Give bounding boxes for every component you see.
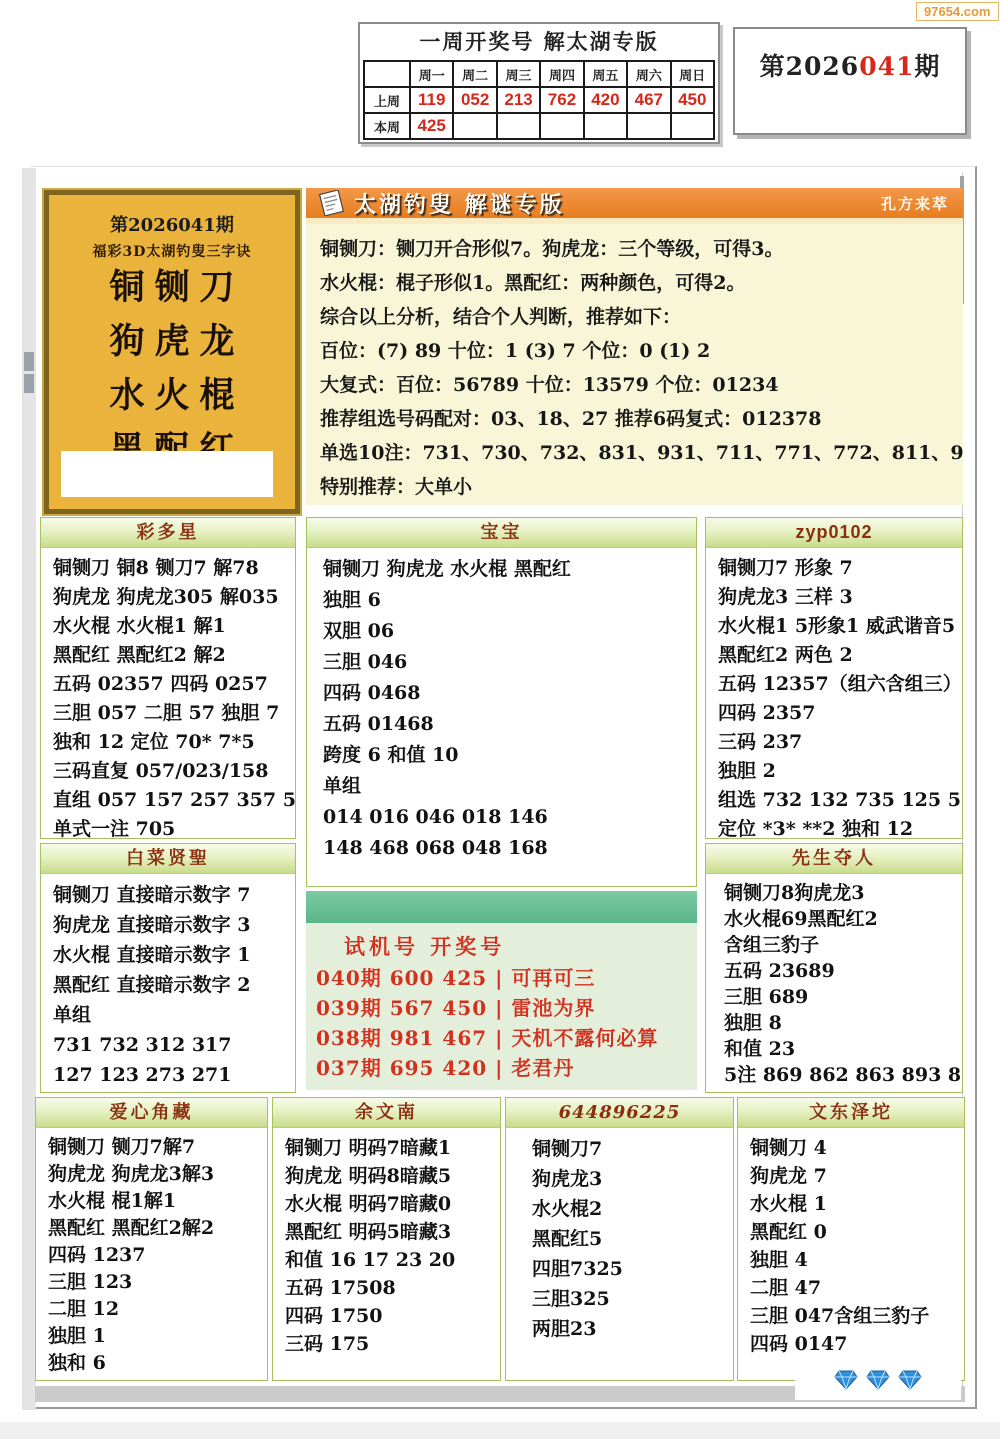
draw-value: [627, 113, 670, 139]
day-header: 周四: [540, 61, 583, 87]
text-line: 推荐组选号码配对：03、18、27 推荐6码复式：012378: [320, 402, 963, 436]
text-line: 狗虎龙 狗虎龙305 解035: [53, 583, 295, 612]
text-line: 040期 600 425 | 可再可三: [316, 963, 697, 993]
text-line: 三码 237: [718, 728, 962, 757]
panel-lines: 铜铡刀 铜8 铡刀7 解78狗虎龙 狗虎龙305 解035水火棍 水火棍1 解1…: [41, 548, 295, 839]
text-line: 五码 23689: [724, 958, 962, 984]
gold-riddle-card: 第2026041期 福彩3D太湖钓叟三字诀 铜铡刀狗虎龙水火棍黑配红: [44, 190, 300, 514]
draw-value: 052: [453, 87, 496, 113]
text-line: 独胆 1: [48, 1323, 267, 1350]
page: 97654.com 一周开奖号 解太湖专版 周一 周二 周三 周四 周五 周六 …: [0, 0, 1000, 1439]
diamond-badge-box: [795, 1364, 961, 1400]
text-line: 单组: [53, 1000, 295, 1030]
panel-title: 白菜贤聖: [41, 844, 295, 874]
this-week-row: 本周 425: [364, 113, 714, 139]
weekly-header-row: 周一 周二 周三 周四 周五 周六 周日: [364, 61, 714, 87]
draw-value: [497, 113, 540, 139]
issue-prefix: 第2026: [760, 52, 860, 81]
text-line: 跨度 6 和值 10: [323, 740, 696, 771]
diamond-icon: [834, 1370, 858, 1394]
day-header: 周五: [584, 61, 627, 87]
text-line: 大复式：百位：56789 十位：13579 个位：01234: [320, 368, 963, 402]
text-line: 独胆 2: [718, 757, 962, 786]
text-line: 五码 12357（组六含组三）: [718, 670, 962, 699]
strip-mark: [24, 352, 34, 371]
text-line: 五码 02357 四码 0257: [53, 670, 295, 699]
draw-value: [453, 113, 496, 139]
panel-lines: 铜铡刀8狗虎龙3水火棍69黑配红2含组三豹子五码 23689三胆 689独胆 8…: [706, 874, 962, 1088]
card-lines: 铜铡刀狗虎龙水火棍黑配红: [49, 261, 295, 477]
analysis-text: 铜铡刀：铡刀开合形似7。狗虎龙：三个等级，可得3。水火棍：棍子形似1。黑配红：两…: [306, 224, 963, 505]
text-line: 四码 2357: [718, 699, 962, 728]
text-line: 5注 869 862 863 893 892: [724, 1062, 962, 1088]
main-panel-title: 太湖钓叟 解谜专版: [354, 188, 565, 219]
text-line: 三胆 046: [323, 647, 696, 678]
text-line: 独胆 6: [323, 585, 696, 616]
text-line: 038期 981 467 | 天机不露何必算: [316, 1023, 697, 1053]
text-line: 水火棍: [49, 369, 295, 423]
text-line: 五码 17508: [285, 1274, 500, 1302]
text-line: 037期 695 420 | 老君丹: [316, 1053, 697, 1083]
panel-lines: 铜铡刀 4狗虎龙 7水火棍 1黑配红 0独胆 4二胆 47三胆 047含组三豹子…: [738, 1128, 964, 1358]
issue-box: 第2026041期: [733, 27, 967, 135]
page-bottom-strip: [0, 1422, 1000, 1439]
panel-lines: 铜铡刀 铡刀7解7狗虎龙 狗虎龙3解3水火棍 棍1解1黑配红 黑配红2解2四码 …: [36, 1128, 267, 1377]
panel-wendong: 文东泽坨 铜铡刀 4狗虎龙 7水火棍 1黑配红 0独胆 4二胆 47三胆 047…: [737, 1097, 965, 1381]
draw-value: [540, 113, 583, 139]
text-line: 百位：(7) 89 十位：1 (3) 7 个位：0 (1) 2: [320, 334, 963, 368]
panel-yuwennan: 余文南 铜铡刀 明码7暗藏1狗虎龙 明码8暗藏5水火棍 明码7暗藏0黑配红 明码…: [272, 1097, 501, 1381]
text-line: 水火棍2: [532, 1194, 733, 1224]
text-line: 铜铡刀8狗虎龙3: [724, 880, 962, 906]
text-line: 独胆 4: [750, 1246, 964, 1274]
panel-title: zyp0102: [706, 518, 962, 548]
text-line: 铜铡刀 狗虎龙 水火棍 黑配红: [323, 554, 696, 585]
text-line: 铜铡刀 4: [750, 1134, 964, 1162]
text-line: 三胆 689: [724, 984, 962, 1010]
text-line: 和值 23: [724, 1036, 962, 1062]
text-line: 铜铡刀：铡刀开合形似7。狗虎龙：三个等级，可得3。: [320, 232, 963, 266]
diamond-icon: [898, 1370, 922, 1394]
text-line: 直组 057 157 257 357 578: [53, 786, 295, 815]
day-header: 周三: [497, 61, 540, 87]
issue-highlight: 041: [859, 52, 914, 81]
text-line: 铜铡刀 铜8 铡刀7 解78: [53, 554, 295, 583]
draw-value: 425: [410, 113, 453, 139]
text-line: 148 468 068 048 168: [323, 833, 696, 864]
text-line: 水火棍 直接暗示数字 1: [53, 940, 295, 970]
text-line: 黑配红5: [532, 1224, 733, 1254]
text-line: 三胆 123: [48, 1269, 267, 1296]
strip-mark: [24, 374, 34, 393]
green-header-bar: [306, 891, 697, 923]
panel-title: 文东泽坨: [738, 1098, 964, 1128]
text-line: 黑配红 黑配红2 解2: [53, 641, 295, 670]
weekly-title: 一周开奖号 解太湖专版: [360, 24, 718, 60]
panel-lines: 铜铡刀7狗虎龙3水火棍2黑配红5四胆7325三胆325两胆23: [506, 1128, 733, 1344]
draw-value: 762: [540, 87, 583, 113]
text-line: 单选10注：731、730、732、831、931、711、771、772、81…: [320, 436, 963, 470]
text-line: 水火棍 明码7暗藏0: [285, 1190, 500, 1218]
day-header: 周日: [671, 61, 714, 87]
corner-cell: [364, 61, 410, 87]
weekly-draws-box: 一周开奖号 解太湖专版 周一 周二 周三 周四 周五 周六 周日 上周 119 …: [358, 22, 720, 144]
panel-title: 宝宝: [307, 518, 696, 548]
text-line: 014 016 046 018 146: [323, 802, 696, 833]
text-line: 四胆7325: [532, 1254, 733, 1284]
main-panel-header: 太湖钓叟 解谜专版 孔方来萃: [306, 188, 963, 224]
text-line: 三胆325: [532, 1284, 733, 1314]
text-line: 127 123 273 271: [53, 1060, 295, 1090]
text-line: 狗虎龙 7: [750, 1162, 964, 1190]
text-line: 双胆 06: [323, 616, 696, 647]
row-label: 上周: [364, 87, 410, 113]
panel-lines: 铜铡刀 狗虎龙 水火棍 黑配红独胆 6双胆 06三胆 046四码 0468五码 …: [307, 548, 696, 864]
draw-value: 467: [627, 87, 670, 113]
text-line: 黑配红2 两色 2: [718, 641, 962, 670]
text-line: 和值 16 17 23 20: [285, 1246, 500, 1274]
text-line: 铜铡刀: [49, 261, 295, 315]
text-line: 两胆23: [532, 1314, 733, 1344]
text-line: 独和 12 定位 70* 7*5: [53, 728, 295, 757]
panel-lines: 铜铡刀7 形象 7狗虎龙3 三样 3水火棍1 5形象1 威武谐音5黑配红2 两色…: [706, 548, 962, 839]
text-line: 四码 0147: [750, 1330, 964, 1358]
panel-caiduoxing: 彩多星 铜铡刀 铜8 铡刀7 解78狗虎龙 狗虎龙305 解035水火棍 水火棍…: [40, 517, 296, 839]
row-label: 本周: [364, 113, 410, 139]
text-line: 独胆 8: [724, 1010, 962, 1036]
day-header: 周一: [410, 61, 453, 87]
text-line: 五码 01468: [323, 709, 696, 740]
shiji-header: 试机号 开奖号: [306, 923, 697, 961]
text-line: 三码直复 057/023/158: [53, 757, 295, 786]
text-line: 731 732 312 317: [53, 1030, 295, 1060]
text-line: 单组: [323, 771, 696, 802]
draw-value: 450: [671, 87, 714, 113]
text-line: 铜铡刀7: [532, 1134, 733, 1164]
day-header: 周六: [627, 61, 670, 87]
weekly-table: 周一 周二 周三 周四 周五 周六 周日 上周 119 052 213 762 …: [363, 60, 715, 140]
text-line: 黑配红 直接暗示数字 2: [53, 970, 295, 1000]
draw-value: 420: [584, 87, 627, 113]
text-line: 狗虎龙 明码8暗藏5: [285, 1162, 500, 1190]
draw-value: 213: [497, 87, 540, 113]
text-line: 水火棍 水火棍1 解1: [53, 612, 295, 641]
panel-title: 爱心角藏: [36, 1098, 267, 1128]
text-line: 铜铡刀 明码7暗藏1: [285, 1134, 500, 1162]
text-line: 黑配红 0: [750, 1218, 964, 1246]
card-issue: 第2026041期: [49, 211, 295, 237]
text-line: 黑配红 黑配红2解2: [48, 1215, 267, 1242]
text-line: 狗虎龙3: [532, 1164, 733, 1194]
panel-zyp0102: zyp0102 铜铡刀7 形象 7狗虎龙3 三样 3水火棍1 5形象1 威武谐音…: [705, 517, 963, 839]
panel-lines: 铜铡刀 直接暗示数字 7狗虎龙 直接暗示数字 3水火棍 直接暗示数字 1黑配红 …: [41, 874, 295, 1090]
panel-title: 644896225: [506, 1098, 733, 1128]
text-line: 独和 6: [48, 1350, 267, 1377]
text-line: 狗虎龙 狗虎龙3解3: [48, 1161, 267, 1188]
issue-number: 第2026041期: [735, 47, 965, 83]
text-line: 单式一注 705: [53, 815, 295, 839]
text-line: 四码 1237: [48, 1242, 267, 1269]
site-link[interactable]: 97654.com: [916, 2, 999, 21]
text-line: 水火棍69黑配红2: [724, 906, 962, 932]
text-line: 水火棍 1: [750, 1190, 964, 1218]
text-line: 综合以上分析，结合个人判断，推荐如下：: [320, 300, 963, 334]
text-line: 水火棍：棍子形似1。黑配红：两种颜色，可得2。: [320, 266, 963, 300]
panel-xiansheng: 先生夺人 铜铡刀8狗虎龙3水火棍69黑配红2含组三豹子五码 23689三胆 68…: [705, 843, 963, 1093]
panel-title: 彩多星: [41, 518, 295, 548]
panel-qq644896225: 644896225 铜铡刀7狗虎龙3水火棍2黑配红5四胆7325三胆325两胆2…: [505, 1097, 734, 1381]
text-line: 039期 567 450 | 雷池为界: [316, 993, 697, 1023]
text-line: 三码 175: [285, 1330, 500, 1358]
text-line: 三胆 057 二胆 57 独胆 7: [53, 699, 295, 728]
main-panel-corner-label: 孔方来萃: [881, 193, 949, 214]
issue-suffix: 期: [914, 52, 940, 81]
draw-value: [584, 113, 627, 139]
text-line: 定位 *3* **2 独和 12: [718, 815, 962, 839]
text-line: 四码 1750: [285, 1302, 500, 1330]
text-line: 四码 0468: [323, 678, 696, 709]
scroll-icon: [316, 190, 346, 216]
text-line: 特别推荐：大单小: [320, 470, 963, 504]
panel-title: 先生夺人: [706, 844, 962, 874]
draw-value: 119: [410, 87, 453, 113]
panel-lines: 铜铡刀 明码7暗藏1狗虎龙 明码8暗藏5水火棍 明码7暗藏0黑配红 明码5暗藏3…: [273, 1128, 500, 1358]
last-week-row: 上周 119 052 213 762 420 467 450: [364, 87, 714, 113]
text-line: 狗虎龙3 三样 3: [718, 583, 962, 612]
diamond-icon: [866, 1370, 890, 1394]
text-line: 铜铡刀 铡刀7解7: [48, 1134, 267, 1161]
card-subtitle: 福彩3D太湖钓叟三字诀: [49, 241, 295, 261]
text-line: 含组三豹子: [724, 932, 962, 958]
text-line: 铜铡刀 直接暗示数字 7: [53, 880, 295, 910]
shiji-lines: 040期 600 425 | 可再可三039期 567 450 | 雷池为界03…: [306, 961, 697, 1083]
panel-shiji: 试机号 开奖号 040期 600 425 | 可再可三039期 567 450 …: [306, 891, 697, 1090]
text-line: 二胆 12: [48, 1296, 267, 1323]
text-line: 黑配红 明码5暗藏3: [285, 1218, 500, 1246]
panel-baobao: 宝宝 铜铡刀 狗虎龙 水火棍 黑配红独胆 6双胆 06三胆 046四码 0468…: [306, 517, 697, 887]
text-line: 水火棍1 5形象1 威武谐音5: [718, 612, 962, 641]
text-line: 二胆 47: [750, 1274, 964, 1302]
text-line: 水火棍 棍1解1: [48, 1188, 267, 1215]
text-line: 组选 732 132 735 125 522: [718, 786, 962, 815]
panel-title: 余文南: [273, 1098, 500, 1128]
draw-value: [671, 113, 714, 139]
text-line: 狗虎龙: [49, 315, 295, 369]
day-header: 周二: [453, 61, 496, 87]
panel-aixin: 爱心角藏 铜铡刀 铡刀7解7狗虎龙 狗虎龙3解3水火棍 棍1解1黑配红 黑配红2…: [35, 1097, 268, 1381]
panel-baicai: 白菜贤聖 铜铡刀 直接暗示数字 7狗虎龙 直接暗示数字 3水火棍 直接暗示数字 …: [40, 843, 296, 1093]
text-line: 狗虎龙 直接暗示数字 3: [53, 910, 295, 940]
card-blank-area: [61, 451, 273, 497]
text-line: 铜铡刀7 形象 7: [718, 554, 962, 583]
text-line: 三胆 047含组三豹子: [750, 1302, 964, 1330]
